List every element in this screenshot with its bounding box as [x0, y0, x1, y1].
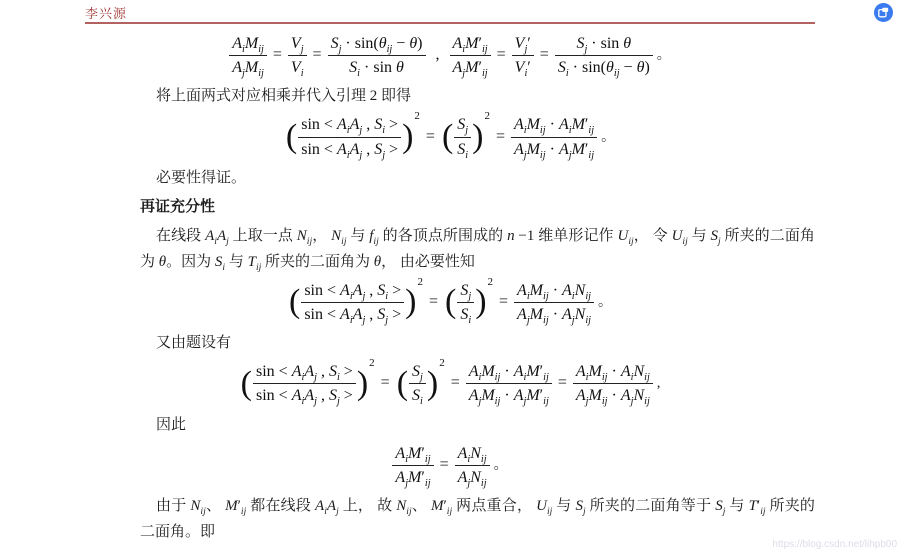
- formula-mprime-equals-n: AiM′ijAjM′ij=AiNijAjNij。: [85, 443, 815, 488]
- header-divider: [85, 22, 815, 24]
- paragraph-construct-point-n: 在线段 AiAj 上取一点 Nij， Nij 与 fij 的各顶点所围成的 n …: [85, 223, 815, 275]
- blog-article-page: 李兴源 AiMijAjMij=VjVi=Sj · sin(θij − θ)Si …: [0, 0, 900, 553]
- article-content: AiMijAjMij=VjVi=Sj · sin(θij − θ)Si · si…: [85, 28, 815, 548]
- paragraph-therefore: 因此: [85, 412, 815, 438]
- paragraph-multiply-lemma: 将上面两式对应相乘并代入引理 2 即得: [85, 83, 815, 109]
- app-window-icon: [878, 7, 889, 18]
- watermark-url: https://blog.csdn.net/lihpb00: [772, 539, 897, 550]
- section-heading-sufficiency: 再证充分性: [85, 194, 815, 220]
- floating-toolbar-button[interactable]: [874, 3, 893, 22]
- paragraph-by-hypothesis: 又由题设有: [85, 330, 815, 356]
- formula-squared-ratio-mprime: (sin < AiAj , Si >sin < AiAj , Sj >)2=(S…: [85, 114, 815, 159]
- formula-chain-equality: (sin < AiAj , Si >sin < AiAj , Sj >)2=(S…: [85, 361, 815, 406]
- formula-ratio-sines: AiMijAjMij=VjVi=Sj · sin(θij − θ)Si · si…: [85, 33, 815, 78]
- author-name-link[interactable]: 李兴源: [85, 3, 127, 22]
- paragraph-points-coincide: 由于 Nij、 M′ij 都在线段 AiAj 上， 故 Nij、 M′ij 两点…: [85, 493, 815, 545]
- paragraph-necessity-proved: 必要性得证。: [85, 165, 815, 191]
- formula-squared-ratio-n: (sin < AiAj , Si >sin < AiAj , Sj >)2=(S…: [85, 280, 815, 325]
